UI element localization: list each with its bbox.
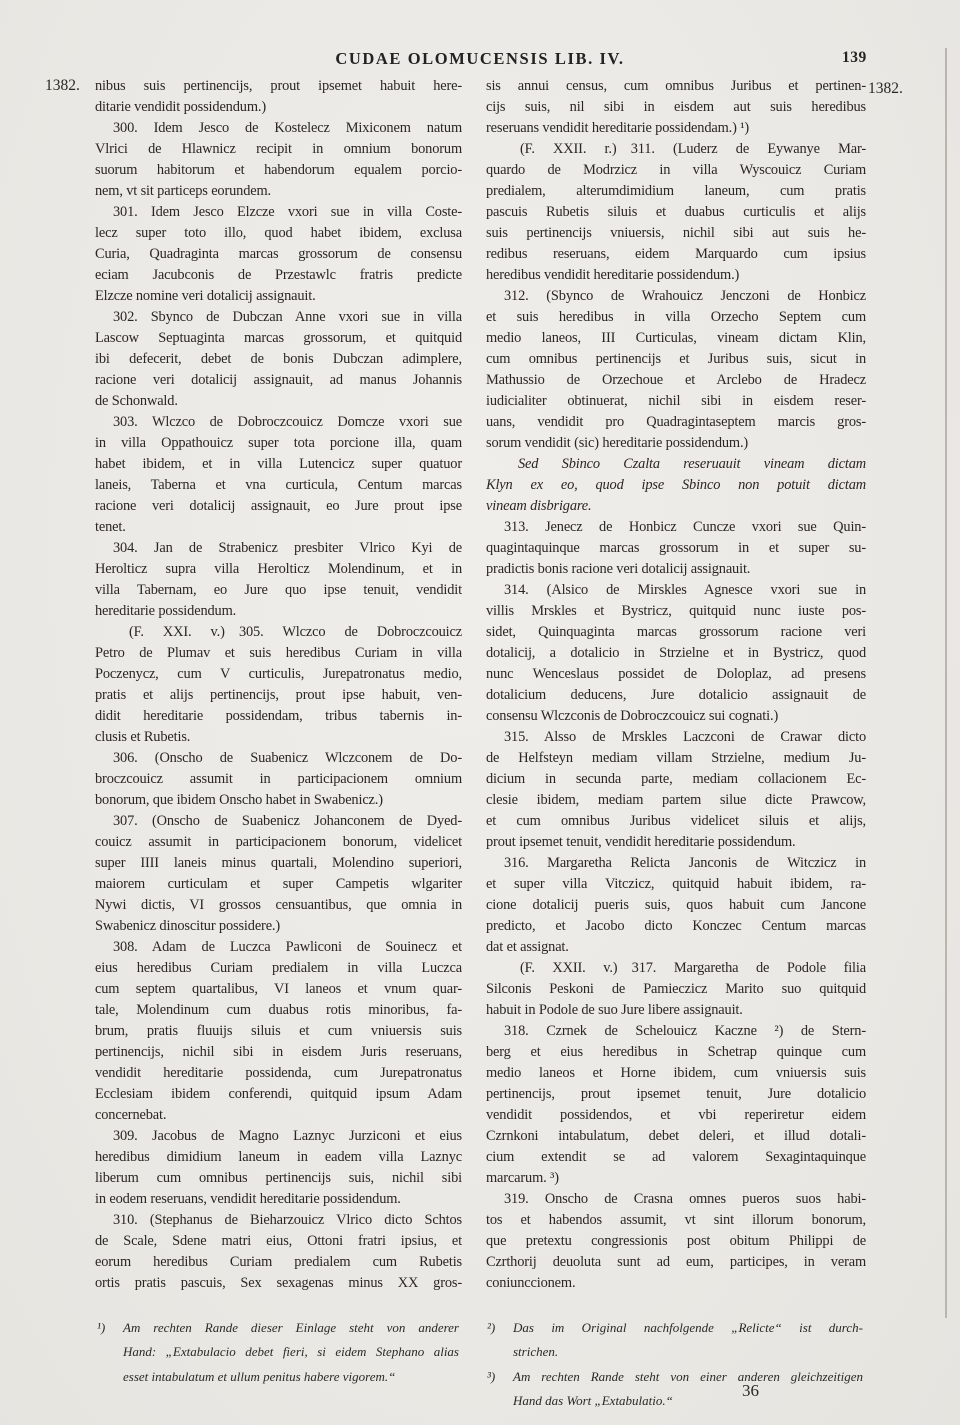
footnote: ¹)Am rechten Rande dieser Einlage steht … [97,1316,459,1389]
text-line: strichen. [513,1340,863,1364]
text-line: dicium in secunda parte, mediam collacio… [486,769,866,790]
text-line: sidet, Quinquaginta marcas grossorum rac… [486,622,866,643]
text-line: tenet. [95,517,462,538]
text-line: cium extendit se ad valorem Sexagintaqui… [486,1147,866,1168]
text-line: 314. (Alsico de Mirskles Agnesce vxori s… [486,580,866,601]
text-line: liberum cum omnibus pertinencijs suis, n… [95,1168,462,1189]
text-line: Czrthorij deuoluta sunt ad eum, particip… [486,1252,866,1273]
text-line: Herolticz supra villa Herolticz Molendin… [95,559,462,580]
text-line: brum, pratis fluuijs siluis et cum vniue… [95,1021,462,1042]
margin-year-left: 1382. [45,77,80,95]
text-line: 309. Jacobus de Magno Laznyc Jurziconi e… [95,1126,462,1147]
text-line: Silconis Peskoni de Pamieczicz Marito su… [486,979,866,1000]
text-line: suis pertinencijs vniuersis, nichil sibi… [486,223,866,244]
text-line: broczcouicz assumit in participacionem o… [95,769,462,790]
paragraph: 304. Jan de Strabenicz presbiter Vlrico … [95,538,462,622]
text-line: Klyn ex eo, quod ipse Sbinco non potuit … [486,475,866,496]
text-line: dotalicij, a dotalicio in Strzielne et i… [486,643,866,664]
text-line: sorum vendidit (sic) hereditarie posside… [486,433,866,454]
text-line: heredibus vendidit hereditarie possidend… [486,265,866,286]
text-line: medio laneos et Horne ibidem, cum vniuer… [486,1063,866,1084]
text-line: Poczenycz, cum V curticulis, Jurepatrona… [95,664,462,685]
text-line: clusis et Rubetis. [95,727,462,748]
paragraph: (F. XXII. v.) 317. Margaretha de Podole … [486,958,866,1021]
page-number: 139 [842,49,867,67]
text-line: super IIII laneis minus quartali, Molend… [95,853,462,874]
text-line: Am rechten Rande dieser Einlage steht vo… [123,1316,459,1340]
book-page: CUDAE OLOMUCENSIS LIB. IV. 139 1382. 138… [0,0,960,1425]
text-line: marcarum. ³) [486,1168,866,1189]
paragraph: 313. Jenecz de Honbicz Cuncze vxori sue … [486,517,866,580]
text-line: bonorum, que ibidem Onscho habet in Swab… [95,790,462,811]
text-line: Lascow Septuaginta marcas grossorum, et … [95,328,462,349]
text-line: Czrnkoni intabulatum, debet deleri, et i… [486,1126,866,1147]
text-line: 315. Alsso de Mrskles Laczconi de Crawar… [486,727,866,748]
text-line: Curia, Quadraginta marcas grossorum de c… [95,244,462,265]
text-line: dotalicium deducens, Jure dotalicio assi… [486,685,866,706]
text-line: Nywi dictis, VI grossos censuantibus, qu… [95,895,462,916]
footnotes-right: ²)Das im Original nachfolgende „Relicte“… [487,1316,863,1414]
paragraph: 312. (Sbynco de Wrahouicz Jenczoni de Ho… [486,286,866,454]
text-line: nem, vt sit particeps eorundem. [95,181,462,202]
text-line: Petro de Plumav et suis heredibus Curiam… [95,643,462,664]
text-line: predialem, alterumdimidium laneum, cum p… [486,181,866,202]
footnote: ²)Das im Original nachfolgende „Relicte“… [487,1316,863,1365]
text-line: 304. Jan de Strabenicz presbiter Vlrico … [95,538,462,559]
text-line: iudicialiter obtinuerat, nichil sibi in … [486,391,866,412]
text-line: medio laneos, III Curticulas, vineam dic… [486,328,866,349]
text-line: et cum omnibus Juribus videlicet siluis … [486,811,866,832]
paragraph: 319. Onscho de Crasna omnes pueros suos … [486,1189,866,1294]
text-line: 300. Idem Jesco de Kostelecz Mixiconem n… [95,118,462,139]
text-line: pertinencijs, prout ipsemet tenuit, Jure… [486,1084,866,1105]
text-line: que pretextu congressionis post obitum P… [486,1231,866,1252]
text-line: vineam disbrigare. [486,496,866,517]
text-line: habet ibidem, et in villa Lutencicz supe… [95,454,462,475]
text-line: tos et habendos assumit, vt sint illorum… [486,1210,866,1231]
margin-year-right: 1382. [868,80,903,98]
paragraph: 302. Sbynco de Dubczan Anne vxori sue in… [95,307,462,412]
page-title: CUDAE OLOMUCENSIS LIB. IV. [335,49,624,68]
text-line: uans, vendidit pro Quadragintaseptem mar… [486,412,866,433]
paragraph: (F. XXII. r.) 311. (Luderz de Eywanye Ma… [486,139,866,286]
text-line: suorum habitorum et habendorum equalem p… [95,160,462,181]
text-line: 307. (Onscho de Suabenicz Johanconem de … [95,811,462,832]
footnote-marker: ³) [487,1365,495,1389]
text-line: Das im Original nachfolgende „Relicte“ i… [513,1316,863,1340]
text-line: 312. (Sbynco de Wrahouicz Jenczoni de Ho… [486,286,866,307]
text-line: Am rechten Rande steht von einer anderen… [513,1365,863,1389]
running-header: CUDAE OLOMUCENSIS LIB. IV. [0,49,960,69]
text-line: Swabenicz dinoscitur possidere.) [95,916,462,937]
footnote: ³)Am rechten Rande steht von einer ander… [487,1365,863,1414]
text-line: dat et assignat. [486,937,866,958]
text-line: 306. (Onscho de Suabenicz Wlczconem de D… [95,748,462,769]
text-line: prout ipsemet tenuit, vendidit hereditar… [486,832,866,853]
text-line: eius heredibus Curiam predialem in villa… [95,958,462,979]
text-line: cijs suis, nil sibi in eisdem aut suis h… [486,97,866,118]
text-line: in eodem reseruans, vendidit hereditarie… [95,1189,462,1210]
paragraph: 308. Adam de Luczca Pawliconi de Souinec… [95,937,462,1126]
paragraph: 301. Idem Jesco Elzcze vxori sue in vill… [95,202,462,307]
text-line: (F. XXII. r.) 311. (Luderz de Eywanye Ma… [486,139,866,160]
paragraph: (F. XXI. v.) 305. Wlczco de Dobroczcouic… [95,622,462,748]
text-line: vendidit hereditarie possidenda, cum Jur… [95,1063,462,1084]
text-line: Ecclesiam ibidem conferendi, quitquid ip… [95,1084,462,1105]
text-line: clesie ibidem, mediam partem silue dicte… [486,790,866,811]
text-line: coniunccionem. [486,1273,866,1294]
signature-mark: 36 [742,1381,759,1401]
left-column: nibus suis pertinencijs, prout ipsemet h… [95,76,462,1294]
text-line: sis annui census, cum omnibus Juribus et… [486,76,866,97]
text-line: Mathussio de Orzechoue et Arclebo de Hra… [486,370,866,391]
text-line: et super villa Vitczicz, quitquid habuit… [486,874,866,895]
text-line: vendidit possidendos, et vbi reperiretur… [486,1105,866,1126]
text-line: Elzcze nomine veri dotalicij assignauit. [95,286,462,307]
paragraph: 318. Czrnek de Schelouicz Kaczne ²) de S… [486,1021,866,1189]
text-line: ortis pratis pascuis, Sex sexagenas minu… [95,1273,462,1294]
text-line: 313. Jenecz de Honbicz Cuncze vxori sue … [486,517,866,538]
text-line: 301. Idem Jesco Elzcze vxori sue in vill… [95,202,462,223]
paragraph: 310. (Stephanus de Bieharzouicz Vlrico d… [95,1210,462,1294]
text-line: villa Tabernam, eo Jure quo ipse tenuit,… [95,580,462,601]
text-line: Hand das Wort „Extabulatio.“ [513,1389,863,1413]
text-line: quagintaquinque marcas grossorum in et s… [486,538,866,559]
paragraph: sis annui census, cum omnibus Juribus et… [486,76,866,139]
text-line: de Scale, Sdene matri eius, Ottoni fratr… [95,1231,462,1252]
text-line: pratis et alijs pertinencijs, prout ipse… [95,685,462,706]
footnote-marker: ¹) [97,1316,105,1340]
text-line: redibus reseruans, eidem Marquardo cum i… [486,244,866,265]
text-line: 318. Czrnek de Schelouicz Kaczne ²) de S… [486,1021,866,1042]
text-line: eciam Jacubconis de Przestawlc fratris p… [95,265,462,286]
text-line: nibus suis pertinencijs, prout ipsemet h… [95,76,462,97]
text-line: reseruans vendidit hereditarie possidend… [486,118,866,139]
text-line: esset intabulatum et ullum penitus haber… [123,1365,459,1389]
text-line: 316. Margaretha Relicta Janconis de Witc… [486,853,866,874]
paragraph: Sed Sbinco Czalta reseruauit vineam dict… [486,454,866,517]
text-line: laneis, Taberna et vna curticula, Centum… [95,475,462,496]
text-line: berg et eius heredibus in Schetrap quinq… [486,1042,866,1063]
text-line: ditarie vendidit possidendum.) [95,97,462,118]
text-line: 319. Onscho de Crasna omnes pueros suos … [486,1189,866,1210]
text-line: 310. (Stephanus de Bieharzouicz Vlrico d… [95,1210,462,1231]
text-line: racione veri dotalicij assignauit, eo Ju… [95,496,462,517]
text-line: cione dotalicij pueris suis, quos habuit… [486,895,866,916]
paragraph: 306. (Onscho de Suabenicz Wlczconem de D… [95,748,462,811]
text-line: lecz super toto illo, quod habet ibidem,… [95,223,462,244]
text-line: nunc Wenceslaus possidet de Doloplaz, ad… [486,664,866,685]
paragraph: nibus suis pertinencijs, prout ipsemet h… [95,76,462,118]
text-line: racione veri dotalicij assignauit, ad ma… [95,370,462,391]
text-line: et suis heredibus in villa Orzecho Septe… [486,307,866,328]
text-line: couicz assumit in participacionem bonoru… [95,832,462,853]
paragraph: 303. Wlczco de Dobroczcouicz Domcze vxor… [95,412,462,538]
text-line: Vlrici de Hlawnicz recipit in omnium bon… [95,139,462,160]
text-line: cum omnibus pertinencijs et Juribus suis… [486,349,866,370]
text-line: didit hereditarie possidendam, tribus ta… [95,706,462,727]
text-line: eorum heredibus Curiam predialem cum Rub… [95,1252,462,1273]
paragraph: 314. (Alsico de Mirskles Agnesce vxori s… [486,580,866,727]
text-line: in villa Oppathouicz super tota porcione… [95,433,462,454]
text-line: quardo de Modrzicz in villa Wyscouicz Cu… [486,160,866,181]
text-line: villis Mrskles et Bystricz, quitquid nun… [486,601,866,622]
paragraph: 307. (Onscho de Suabenicz Johanconem de … [95,811,462,937]
text-line: ibi defecerit, debet de bonis Dubczan ad… [95,349,462,370]
text-line: 308. Adam de Luczca Pawliconi de Souinec… [95,937,462,958]
text-line: de Helfsteyn mediam villam Strzielne, me… [486,748,866,769]
page-edge-line [945,48,947,1318]
text-line: 302. Sbynco de Dubczan Anne vxori sue in… [95,307,462,328]
footnote-marker: ²) [487,1316,495,1340]
text-line: 303. Wlczco de Dobroczcouicz Domcze vxor… [95,412,462,433]
right-column: sis annui census, cum omnibus Juribus et… [486,76,866,1294]
paragraph: 315. Alsso de Mrskles Laczconi de Crawar… [486,727,866,853]
paragraph: 316. Margaretha Relicta Janconis de Witc… [486,853,866,958]
text-line: pertinencijs, nichil sibi in eisdem Juri… [95,1042,462,1063]
text-line: pascuis Rubetis siluis et duabus curticu… [486,202,866,223]
text-line: consensu Wlczconis de Dobroczcouicz sui … [486,706,866,727]
text-line: cum septem quartalibus, VI laneos et vnu… [95,979,462,1000]
text-line: Sed Sbinco Czalta reseruauit vineam dict… [486,454,866,475]
text-line: tale, Molendinum cum duabus rotis minori… [95,1000,462,1021]
text-line: pradictis bonis racione veri dotalicij a… [486,559,866,580]
footnotes-left: ¹)Am rechten Rande dieser Einlage steht … [97,1316,459,1389]
text-line: predicto, et Jacobo dicto Konczec Centum… [486,916,866,937]
text-line: heredibus dimidium laneum in eadem villa… [95,1147,462,1168]
paragraph: 309. Jacobus de Magno Laznyc Jurziconi e… [95,1126,462,1210]
paragraph: 300. Idem Jesco de Kostelecz Mixiconem n… [95,118,462,202]
text-line: (F. XXI. v.) 305. Wlczco de Dobroczcouic… [95,622,462,643]
text-line: (F. XXII. v.) 317. Margaretha de Podole … [486,958,866,979]
text-line: Hand: „Extabulacio debet fieri, si eidem… [123,1340,459,1364]
text-line: concernebat. [95,1105,462,1126]
text-line: maiorem curticulam et super Campetis wlg… [95,874,462,895]
text-line: habuit in Podole de suo Jure libere assi… [486,1000,866,1021]
text-line: de Schonwald. [95,391,462,412]
text-line: hereditarie possidendum. [95,601,462,622]
